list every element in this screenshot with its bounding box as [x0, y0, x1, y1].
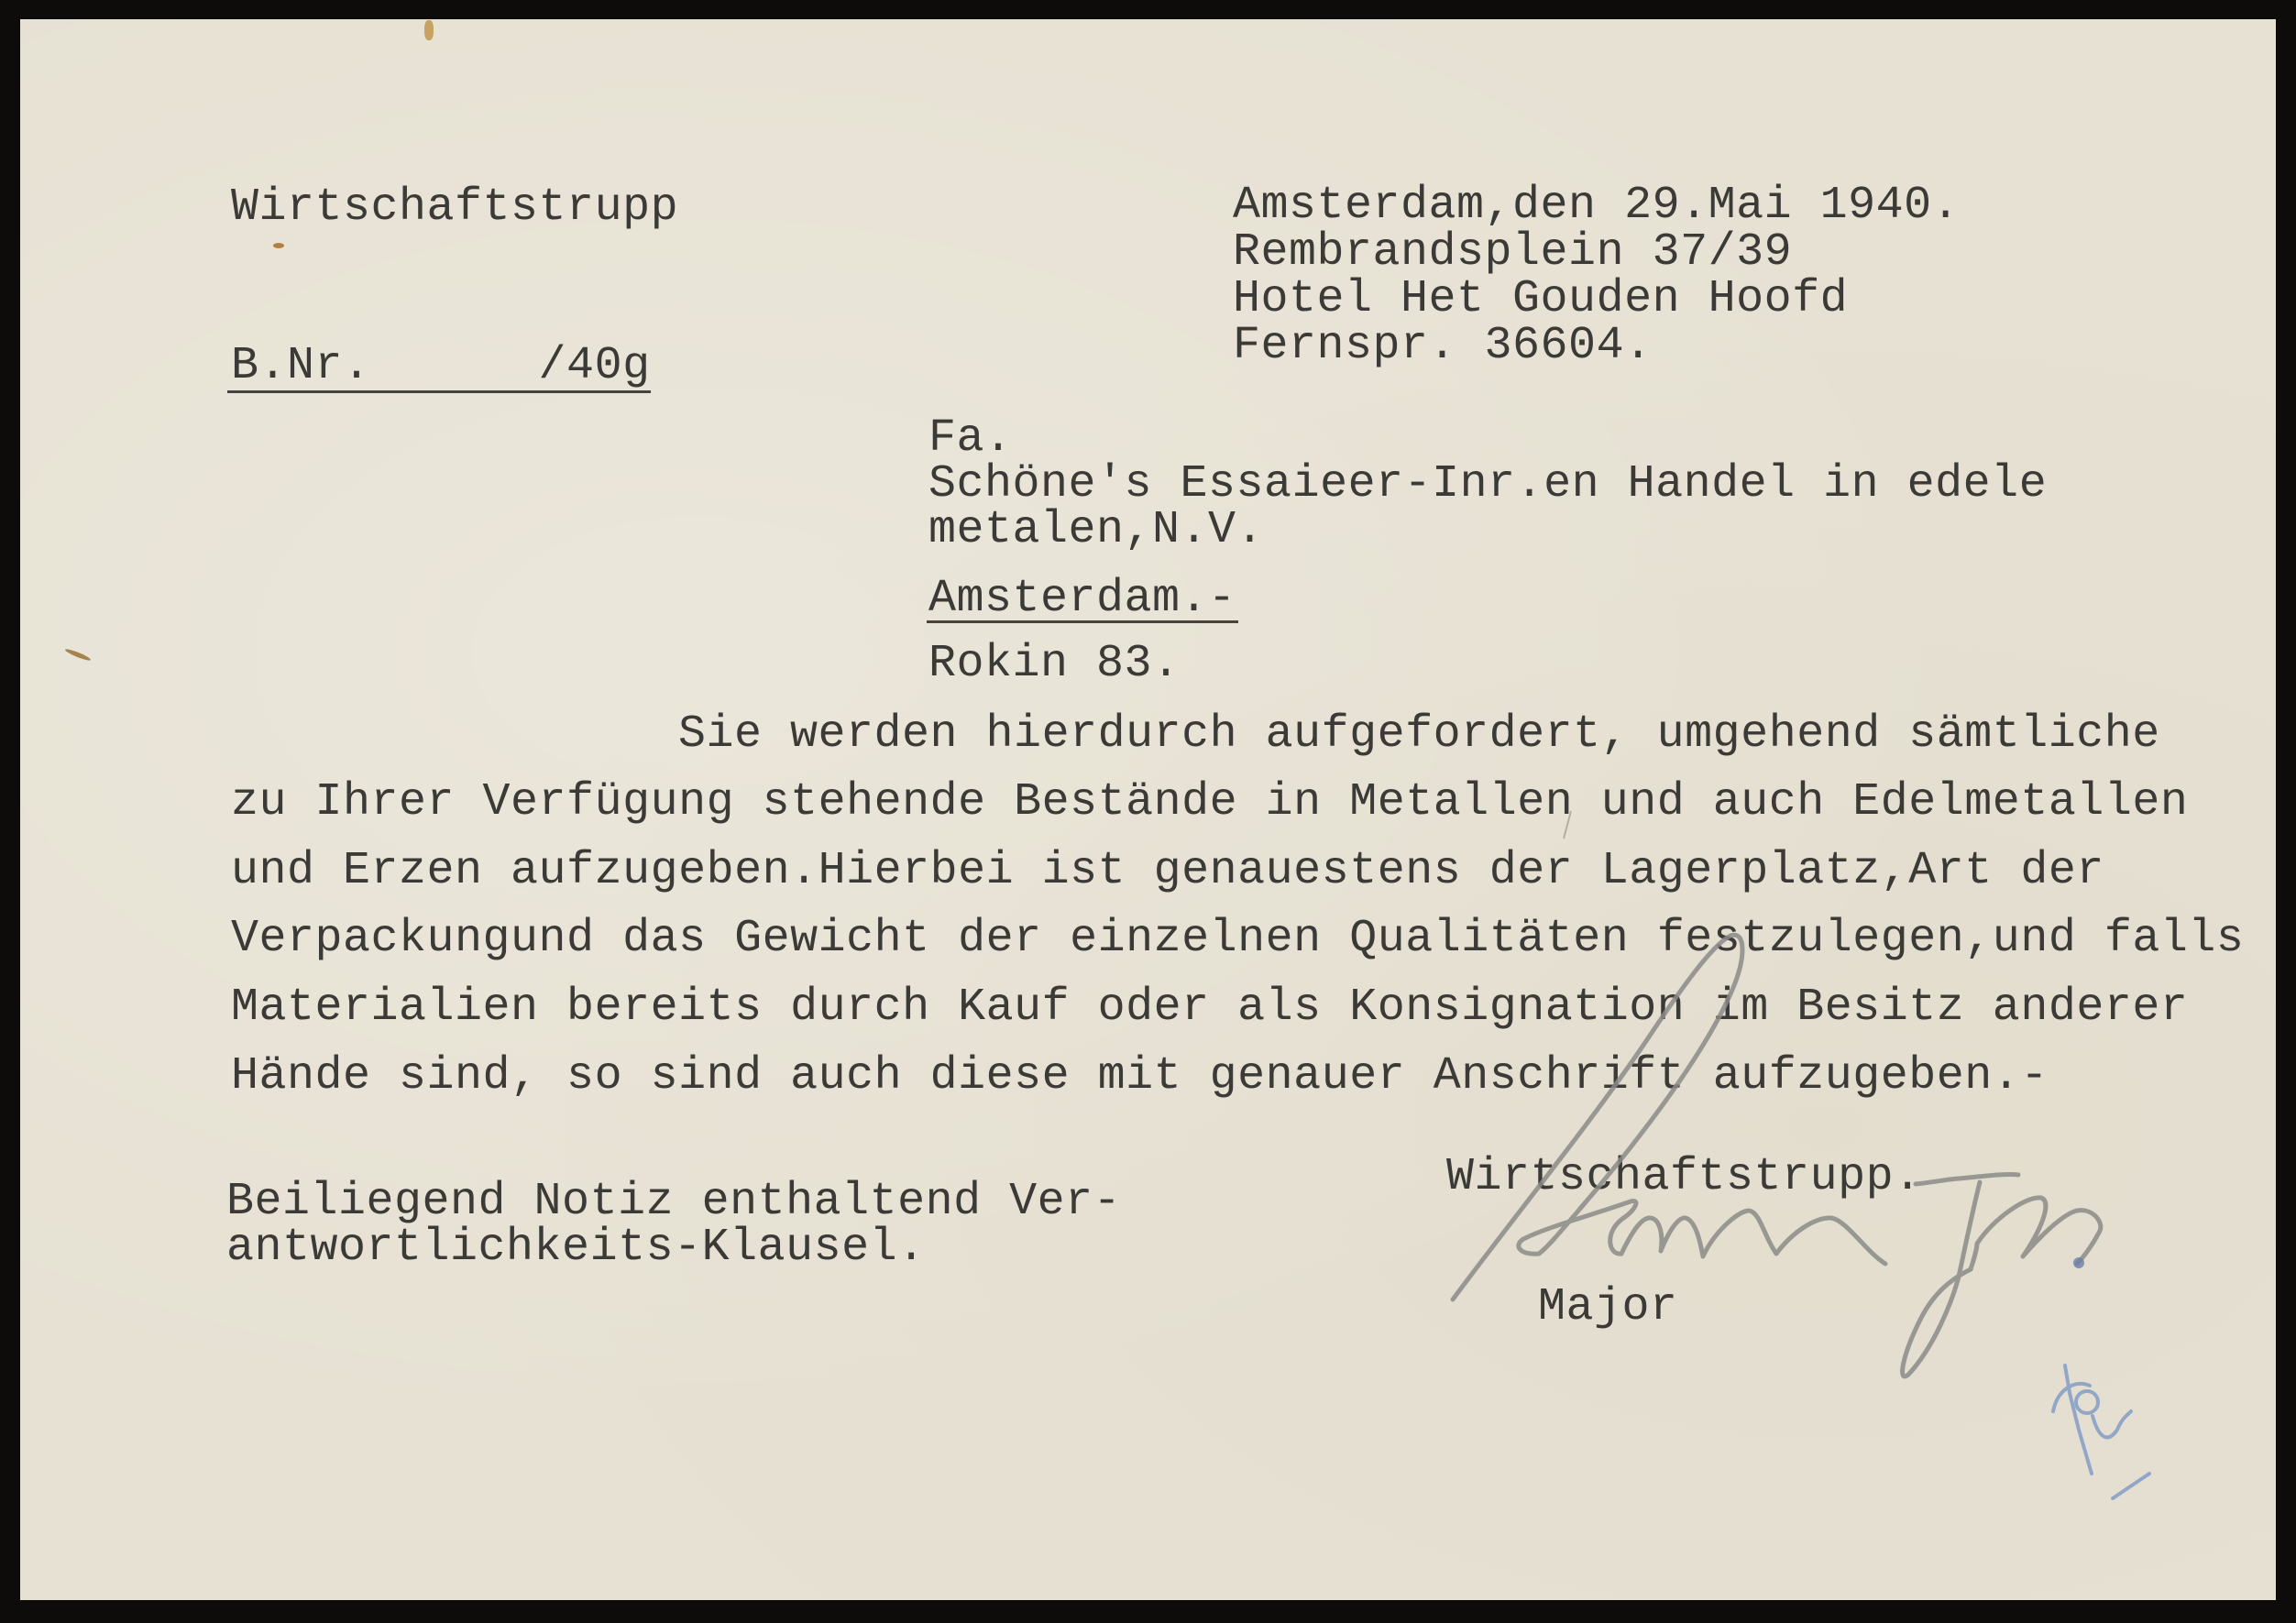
enclosure-note-line2: antwortlichkeits-Klausel. [226, 1225, 926, 1271]
body-line: und Erzen aufzugeben.Hierbei ist genaues… [231, 849, 2104, 894]
rust-spot-top [424, 20, 434, 40]
body-line: zu Ihrer Verfügung stehende Bestände in … [231, 780, 2188, 826]
body-line: Sie werden hierdurch aufgefordert, umgeh… [678, 712, 2160, 758]
recipient-city-underline [927, 620, 1238, 623]
rust-spot-left [273, 243, 284, 248]
reference-number: B.Nr. /40g [231, 344, 651, 389]
closing-rank: Major [1538, 1285, 1678, 1331]
recipient-city: Amsterdam.- [928, 576, 1236, 622]
sender-hotel: Hotel Het Gouden Hoofd [1233, 277, 1848, 323]
sender-phone: Fernspr. 36604. [1233, 324, 1653, 369]
recipient-street: Rokin 83. [928, 642, 1181, 687]
sender-unit: Wirtschaftstrupp [231, 185, 678, 231]
closing-unit: Wirtschaftstrupp. [1446, 1155, 1922, 1201]
body-line: Materialien bereits durch Kauf oder als … [231, 985, 2188, 1031]
sender-street: Rembrandsplein 37/39 [1233, 230, 1792, 276]
body-line: Verpackungund das Gewicht der einzelnen … [231, 916, 2244, 962]
recipient-name-line1: Schöne's Essaieer-Inr.en Handel in edele [928, 462, 2047, 508]
reference-underline [227, 390, 651, 393]
recipient-prefix: Fa. [928, 416, 1013, 462]
body-line: Hände sind, so sind auch diese mit genau… [231, 1054, 2049, 1100]
date-line: Amsterdam,den 29.Mai 1940. [1233, 183, 1960, 229]
recipient-name-line2: metalen,N.V. [928, 508, 1264, 554]
enclosure-note-line1: Beiliegend Notiz enthaltend Ver- [226, 1179, 1121, 1225]
